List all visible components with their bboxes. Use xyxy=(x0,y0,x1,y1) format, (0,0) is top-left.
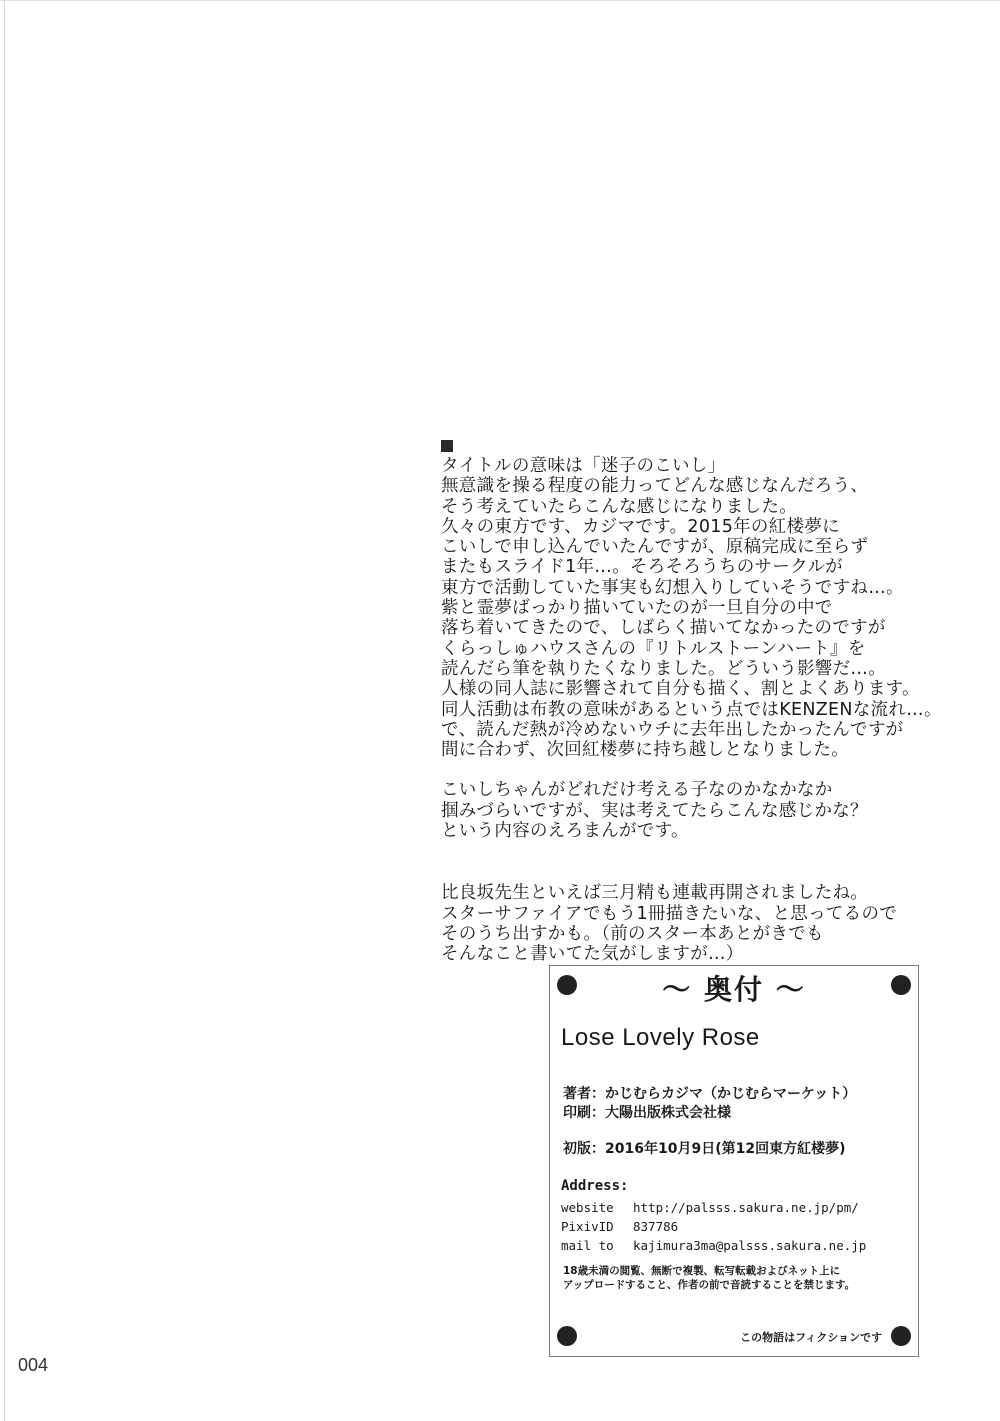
text-line: 同人活動は布教の意味があるという点ではKENZENな流れ…。 xyxy=(441,700,961,720)
text-line: またもスライド1年…。そろそろうちのサークルが xyxy=(441,557,961,577)
text-line: 比良坂先生といえば三月精も連載再開されましたね。 xyxy=(441,883,961,903)
address-row-pixiv: PixivID 837786 xyxy=(561,1217,866,1236)
text-line: タイトルの意味は「迷子のこいし」 xyxy=(441,456,961,476)
book-title: Lose Lovely Rose xyxy=(561,1024,760,1052)
text-line: こいしちゃんがどれだけ考える子なのかなかなか xyxy=(441,780,961,800)
text-line: スターサファイアでもう1冊描きたいな、と思ってるので xyxy=(441,904,961,924)
text-line: で、読んだ熱が冷めないウチに去年出したかったんですが xyxy=(441,720,961,740)
pixiv-id: 837786 xyxy=(633,1217,678,1236)
text-line: 久々の東方です、カジマです。2015年の紅楼夢に xyxy=(441,517,961,537)
text-line: くらっしゅハウスさんの『リトルストーンハート』を xyxy=(441,639,961,659)
text-line: 人様の同人誌に影響されて自分も描く、割とよくあります。 xyxy=(441,679,961,699)
page-number: 004 xyxy=(18,1355,48,1376)
text-line: という内容のえろまんがです。 xyxy=(441,821,961,841)
page-top-edge xyxy=(0,0,1000,1)
colophon-box: ～ 奥付 ～ Lose Lovely Rose 著者：かじむらカジマ（かじむらマ… xyxy=(549,965,919,1357)
first-edition: 初版：2016年10月9日(第12回東方紅楼夢) xyxy=(563,1138,845,1158)
text-line: 間に合わず、次回紅楼夢に持ち越しとなりました。 xyxy=(441,740,961,760)
text-line: 掴みづらいですが、実は考えてたらこんな感じかな？ xyxy=(441,801,961,821)
address-heading: Address: xyxy=(561,1178,628,1194)
credits: 著者：かじむらカジマ（かじむらマーケット） 印刷：大陽出版株式会社様 xyxy=(563,1085,856,1123)
text-line: こいしで申し込んでいたんですが、原稿完成に至らず xyxy=(441,537,961,557)
notice-line: 18歳未満の閲覧、無断で複製、転写転載およびネット上に xyxy=(563,1264,855,1278)
afterword-section: タイトルの意味は「迷子のこいし」 無意識を操る程度の能力ってどんな感じなんだろう… xyxy=(441,440,961,965)
colophon-title: ～ 奥付 ～ xyxy=(550,968,918,1008)
printer-credit: 印刷：大陽出版株式会社様 xyxy=(563,1104,856,1123)
text-line: 無意識を操る程度の能力ってどんな感じなんだろう、 xyxy=(441,476,961,496)
text-line: そう考えていたらこんな感じになりました。 xyxy=(441,497,961,517)
address-row-website: website http://palsss.sakura.ne.jp/pm/ xyxy=(561,1198,866,1217)
address-key: mail to xyxy=(561,1236,633,1255)
text-line: 東方で活動していた事実も幻想入りしていそうですね…。 xyxy=(441,578,961,598)
text-line: そんなこと書いてた気がしますが…） xyxy=(441,944,961,964)
fiction-note: この物語はフィクションです xyxy=(740,1329,882,1345)
square-bullet-icon xyxy=(441,440,453,452)
page-left-edge xyxy=(4,0,5,1421)
text-line: 落ち着いてきたので、しばらく描いてなかったのですが xyxy=(441,618,961,638)
corner-dot-icon xyxy=(557,1326,577,1346)
notice-line: アップロードすること、作者の前で音読することを禁じます。 xyxy=(563,1278,855,1292)
afterword-paragraph-1: タイトルの意味は「迷子のこいし」 無意識を操る程度の能力ってどんな感じなんだろう… xyxy=(441,456,961,760)
address-row-mail: mail to kajimura3ma@palsss.sakura.ne.jp xyxy=(561,1236,866,1255)
author-credit: 著者：かじむらカジマ（かじむらマーケット） xyxy=(563,1085,856,1104)
text-line: 読んだら筆を執りたくなりました。どういう影響だ…。 xyxy=(441,659,961,679)
text-line: そのうち出すかも。（前のスター本あとがきでも xyxy=(441,924,961,944)
website-link: http://palsss.sakura.ne.jp/pm/ xyxy=(633,1198,859,1217)
address-key: PixivID xyxy=(561,1217,633,1236)
afterword-paragraph-2: こいしちゃんがどれだけ考える子なのかなかなか 掴みづらいですが、実は考えてたらこ… xyxy=(441,780,961,841)
afterword-paragraph-3: 比良坂先生といえば三月精も連載再開されましたね。 スターサファイアでもう1冊描き… xyxy=(441,883,961,964)
email-address: kajimura3ma@palsss.sakura.ne.jp xyxy=(633,1236,866,1255)
address-list: website http://palsss.sakura.ne.jp/pm/ P… xyxy=(561,1198,866,1255)
corner-dot-icon xyxy=(891,1326,911,1346)
copyright-notice: 18歳未満の閲覧、無断で複製、転写転載およびネット上に アップロードすること、作… xyxy=(563,1264,855,1292)
address-key: website xyxy=(561,1198,633,1217)
text-line: 紫と霊夢ばっかり描いていたのが一旦自分の中で xyxy=(441,598,961,618)
